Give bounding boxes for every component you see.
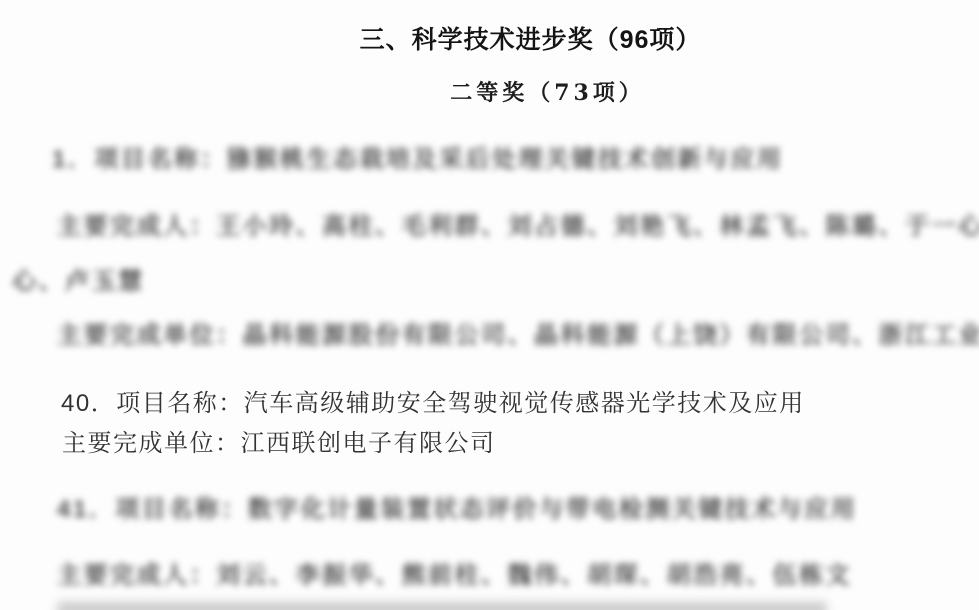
entry-40-project-name-line: 40．项目名称：汽车高级辅助安全驾驶视觉传感器光学技术及应用: [61, 390, 805, 417]
prize-level-heading: 二等奖（73项）: [58, 76, 979, 107]
entry-40-organizations-line: 主要完成单位：江西联创电子有限公司: [62, 430, 496, 457]
document-page: 三、科学技术进步奖（96项） 二等奖（73项） 1．项目名称：猕猴桃生态栽培及采…: [0, 0, 979, 610]
entry-1-organizations-line: 主要完成单位：晶科能源股份有限公司、晶科能源（上饶）有限公司、浙江工业大: [57, 322, 979, 349]
section-heading: 三、科学技术进步奖（96项）: [41, 20, 979, 56]
entry-1-project-name-line: 1．项目名称：猕猴桃生态栽培及采后处理关键技术创新与应用: [52, 146, 783, 173]
clipped-text-band: [57, 602, 827, 610]
entry-41-project-name-line: 41．项目名称：数字化计量装置状态评价与带电检测关键技术与应用: [57, 496, 857, 523]
entry-41-contributors-line: 主要完成人：刘云、李振华、熊前柱、魏伟、胡琛、胡浩亮、伍栋文: [57, 562, 852, 589]
entry-1-contributors-line: 主要完成人：王小玲、高柱、毛利群、刘占德、刘艳飞、林孟飞、陈璐、于一心: [57, 213, 979, 240]
entry-1-contributors-wrap-line: 心、卢玉慧: [12, 268, 145, 295]
